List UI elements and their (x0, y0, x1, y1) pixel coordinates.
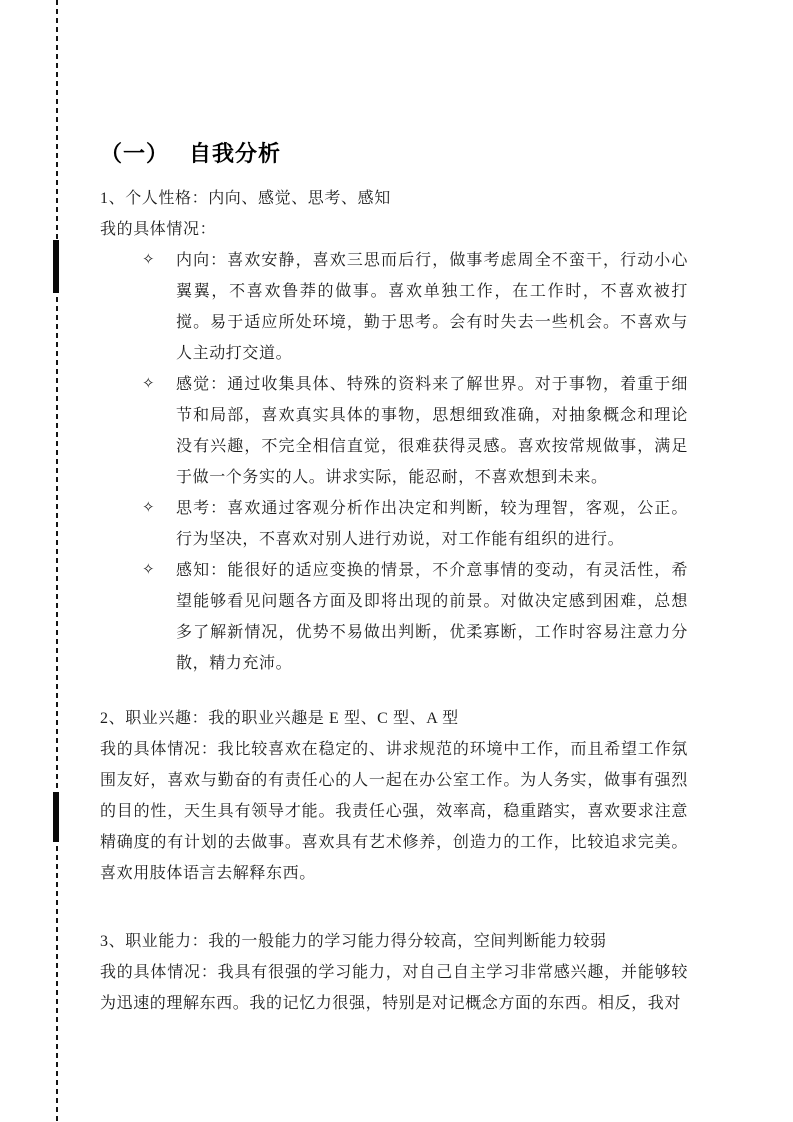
diamond-bullet-icon: ✧ (142, 493, 155, 524)
left-margin-mark-bottom (53, 792, 59, 842)
bullet-text: 感觉：通过收集具体、特殊的资料来了解世界。对于事物，着重于细节和局部，喜欢真实具… (176, 376, 688, 486)
left-margin-dashed-line (56, 0, 58, 1122)
title-text: 自我分析 (189, 141, 281, 166)
diamond-bullet-icon: ✧ (142, 245, 155, 276)
diamond-bullet-icon: ✧ (142, 369, 155, 400)
diamond-bullet-icon: ✧ (142, 555, 155, 586)
bullet-item-introvert: ✧ 内向：喜欢安静，喜欢三思而后行，做事考虑周全不蛮干，行动小心翼翼，不喜欢鲁莽… (100, 245, 688, 369)
personality-bullet-list: ✧ 内向：喜欢安静，喜欢三思而后行，做事考虑周全不蛮干，行动小心翼翼，不喜欢鲁莽… (100, 245, 688, 679)
section3-heading: 3、职业能力：我的一般能力的学习能力得分较高，空间判断能力较弱 (100, 926, 688, 957)
left-margin-mark-top (53, 240, 59, 293)
bullet-item-thinking: ✧ 思考：喜欢通过客观分析作出决定和判断，较为理智，客观，公正。行为坚决，不喜欢… (100, 493, 688, 555)
section-personality: 1、个人性格：内向、感觉、思考、感知 我的具体情况： ✧ 内向：喜欢安静，喜欢三… (100, 183, 688, 679)
section1-intro: 我的具体情况： (100, 214, 688, 245)
section2-heading: 2、职业兴趣：我的职业兴趣是 E 型、C 型、A 型 (100, 703, 688, 734)
bullet-item-perceiving: ✧ 感知：能很好的适应变换的情景，不介意事情的变动，有灵活性，希望能够看见问题各… (100, 555, 688, 679)
section-career-ability: 3、职业能力：我的一般能力的学习能力得分较高，空间判断能力较弱 我的具体情况：我… (100, 926, 688, 1019)
document-content: （一）自我分析 1、个人性格：内向、感觉、思考、感知 我的具体情况： ✧ 内向：… (100, 140, 688, 1019)
bullet-text: 思考：喜欢通过客观分析作出决定和判断，较为理智，客观，公正。行为坚决，不喜欢对别… (176, 500, 688, 548)
bullet-text: 内向：喜欢安静，喜欢三思而后行，做事考虑周全不蛮干，行动小心翼翼，不喜欢鲁莽的做… (176, 252, 688, 362)
title-numbering: （一） (100, 141, 169, 166)
document-page: （一）自我分析 1、个人性格：内向、感觉、思考、感知 我的具体情况： ✧ 内向：… (0, 0, 793, 1122)
section-career-interest: 2、职业兴趣：我的职业兴趣是 E 型、C 型、A 型 我的具体情况：我比较喜欢在… (100, 703, 688, 889)
document-title: （一）自我分析 (100, 140, 688, 168)
section1-heading: 1、个人性格：内向、感觉、思考、感知 (100, 183, 688, 214)
section2-body: 我的具体情况：我比较喜欢在稳定的、讲求规范的环境中工作，而且希望工作氛围友好，喜… (100, 734, 688, 889)
bullet-item-sensing: ✧ 感觉：通过收集具体、特殊的资料来了解世界。对于事物，着重于细节和局部，喜欢真… (100, 369, 688, 493)
section3-body: 我的具体情况：我具有很强的学习能力，对自己自主学习非常感兴趣，并能够较为迅速的理… (100, 957, 688, 1019)
bullet-text: 感知：能很好的适应变换的情景，不介意事情的变动，有灵活性，希望能够看见问题各方面… (176, 562, 688, 672)
